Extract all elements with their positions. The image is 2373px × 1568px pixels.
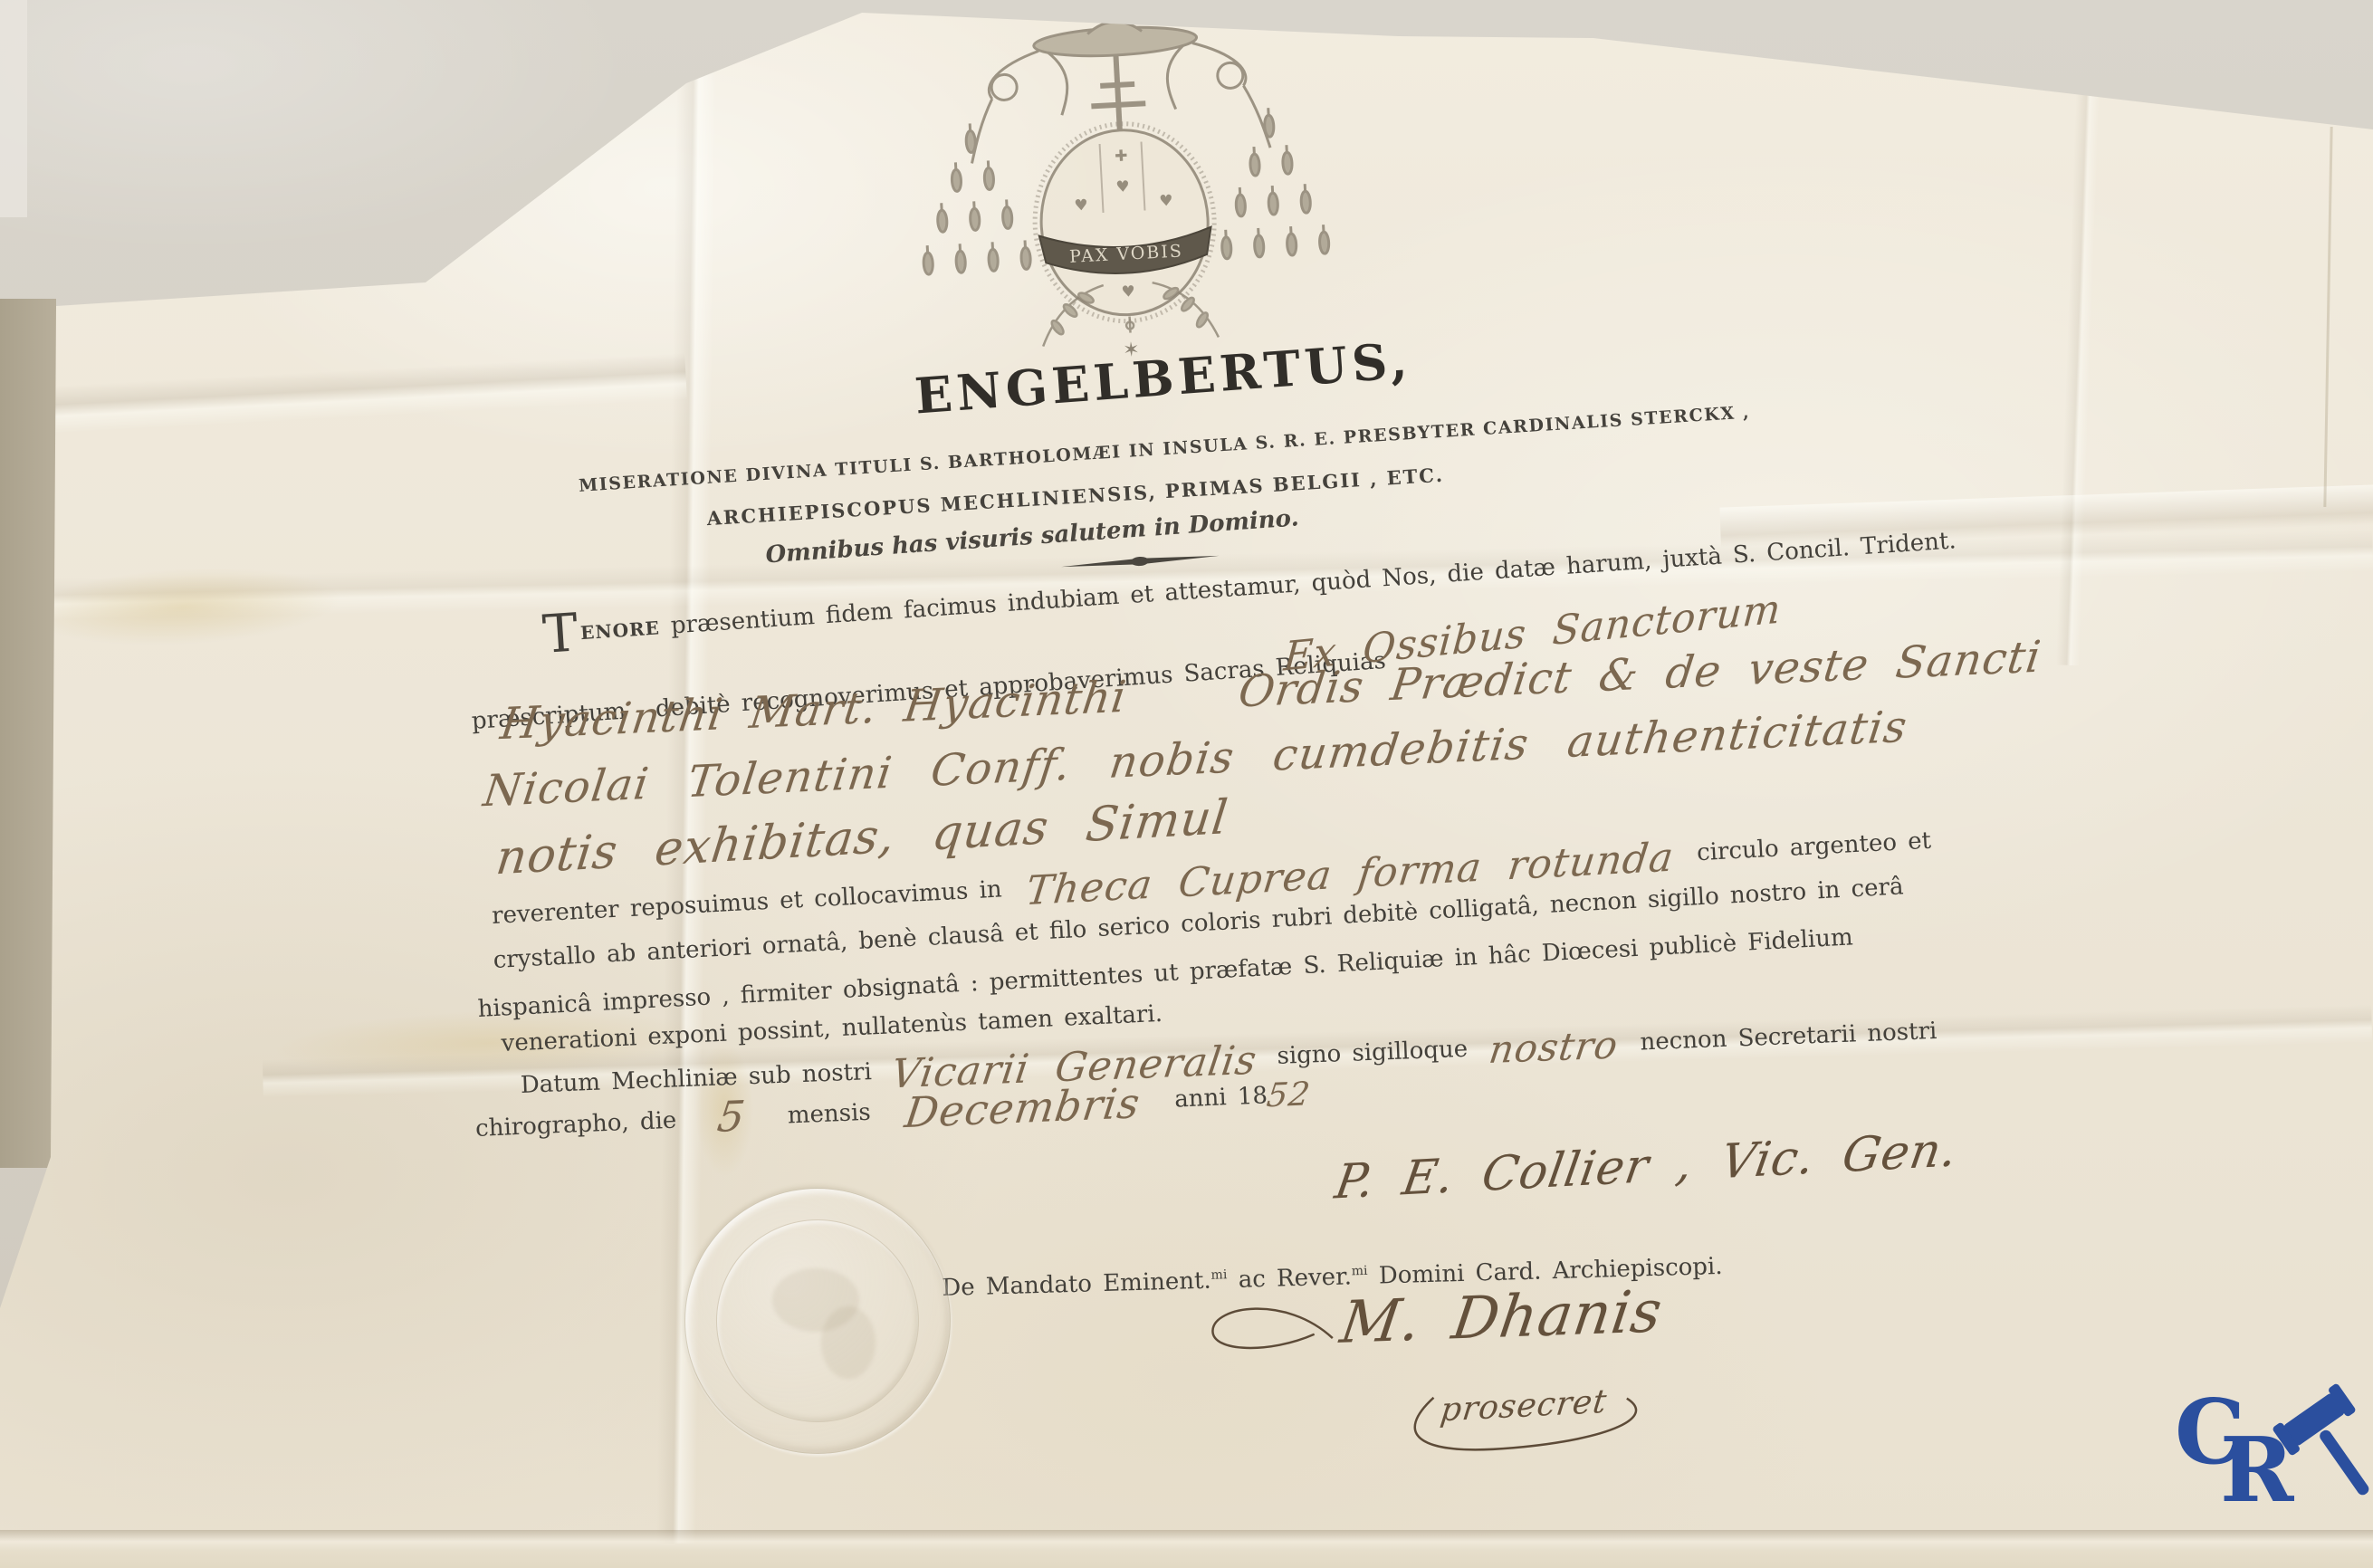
gavel-icon: [2258, 1383, 2373, 1496]
handwritten-hyacinthi: Hyacinthi Mart. Hyacinthi: [498, 672, 1130, 751]
stain: [24, 560, 344, 653]
tassels-right: [1215, 105, 1329, 259]
secretary-signature: M. Dhanis: [1336, 1278, 1667, 1357]
mandate-text-1: De Mandato Eminent.: [942, 1267, 1211, 1302]
embossed-seal: [684, 1188, 951, 1454]
datum-printed-d: chirographo, die: [475, 1107, 677, 1143]
fold-crease-vertical-right: [2056, 86, 2100, 666]
background-paper-edge: [0, 0, 27, 217]
paragraph2-line1-printed-b: circulo argenteo et: [1696, 827, 1931, 867]
datum-printed-f: anni 18: [1174, 1082, 1268, 1113]
vicar-general-signature: P. E. Collier , Vic. Gen.: [1331, 1123, 1961, 1210]
svg-text:♥: ♥: [1115, 177, 1130, 196]
auction-watermark-logo: C R: [2166, 1387, 2373, 1554]
tassels-left: [916, 120, 1030, 274]
coat-of-arms-engraving: ✚ ♥ ♥ ♥ ♥ PAX VOBIS: [892, 0, 1344, 377]
background-shadow-strip: [0, 299, 56, 1168]
signature-flourish: [1204, 1288, 1343, 1365]
handwritten-nostro: nostro: [1487, 1022, 1622, 1072]
fold-crease-horizontal-left: [52, 353, 687, 434]
datum-printed-c: necnon Secretarii nostri: [1640, 1018, 1938, 1056]
coat-of-arms: ✚ ♥ ♥ ♥ ♥ PAX VOBIS: [892, 0, 1344, 377]
bottom-fold-seam: [0, 1530, 2373, 1568]
svg-text:♥: ♥: [1121, 282, 1135, 301]
datum-printed-e: mensis: [787, 1099, 871, 1130]
paper-edge-line: [2323, 127, 2332, 507]
handwritten-year: 52: [1265, 1076, 1313, 1114]
dropcap-T: T: [541, 601, 579, 664]
svg-text:✚: ✚: [1115, 147, 1128, 166]
handwritten-day: 5: [715, 1091, 750, 1142]
datum-printed-b: signo sigilloque: [1277, 1036, 1469, 1070]
tenore-smallcaps: ENORE: [579, 617, 660, 644]
paper-tear: [121, 219, 167, 273]
svg-text:♥: ♥: [1074, 196, 1088, 215]
handwritten-month: Decembris: [902, 1078, 1143, 1137]
mandate-superscript-2: mi: [1352, 1264, 1368, 1278]
prosecret-group: prosecret: [1383, 1368, 1687, 1474]
paragraph2-line1-printed-a: reverenter reposuimus et collocavimus in: [491, 875, 1002, 929]
mandate-superscript-1: mi: [1210, 1267, 1227, 1282]
embossed-seal-relief: [821, 1306, 876, 1379]
secretary-signature-group: M. Dhanis: [1204, 1276, 1663, 1365]
photo-of-document: ✚ ♥ ♥ ♥ ♥ PAX VOBIS: [0, 0, 2373, 1568]
document-paper: ✚ ♥ ♥ ♥ ♥ PAX VOBIS: [0, 0, 2373, 1568]
svg-text:♥: ♥: [1159, 192, 1173, 211]
